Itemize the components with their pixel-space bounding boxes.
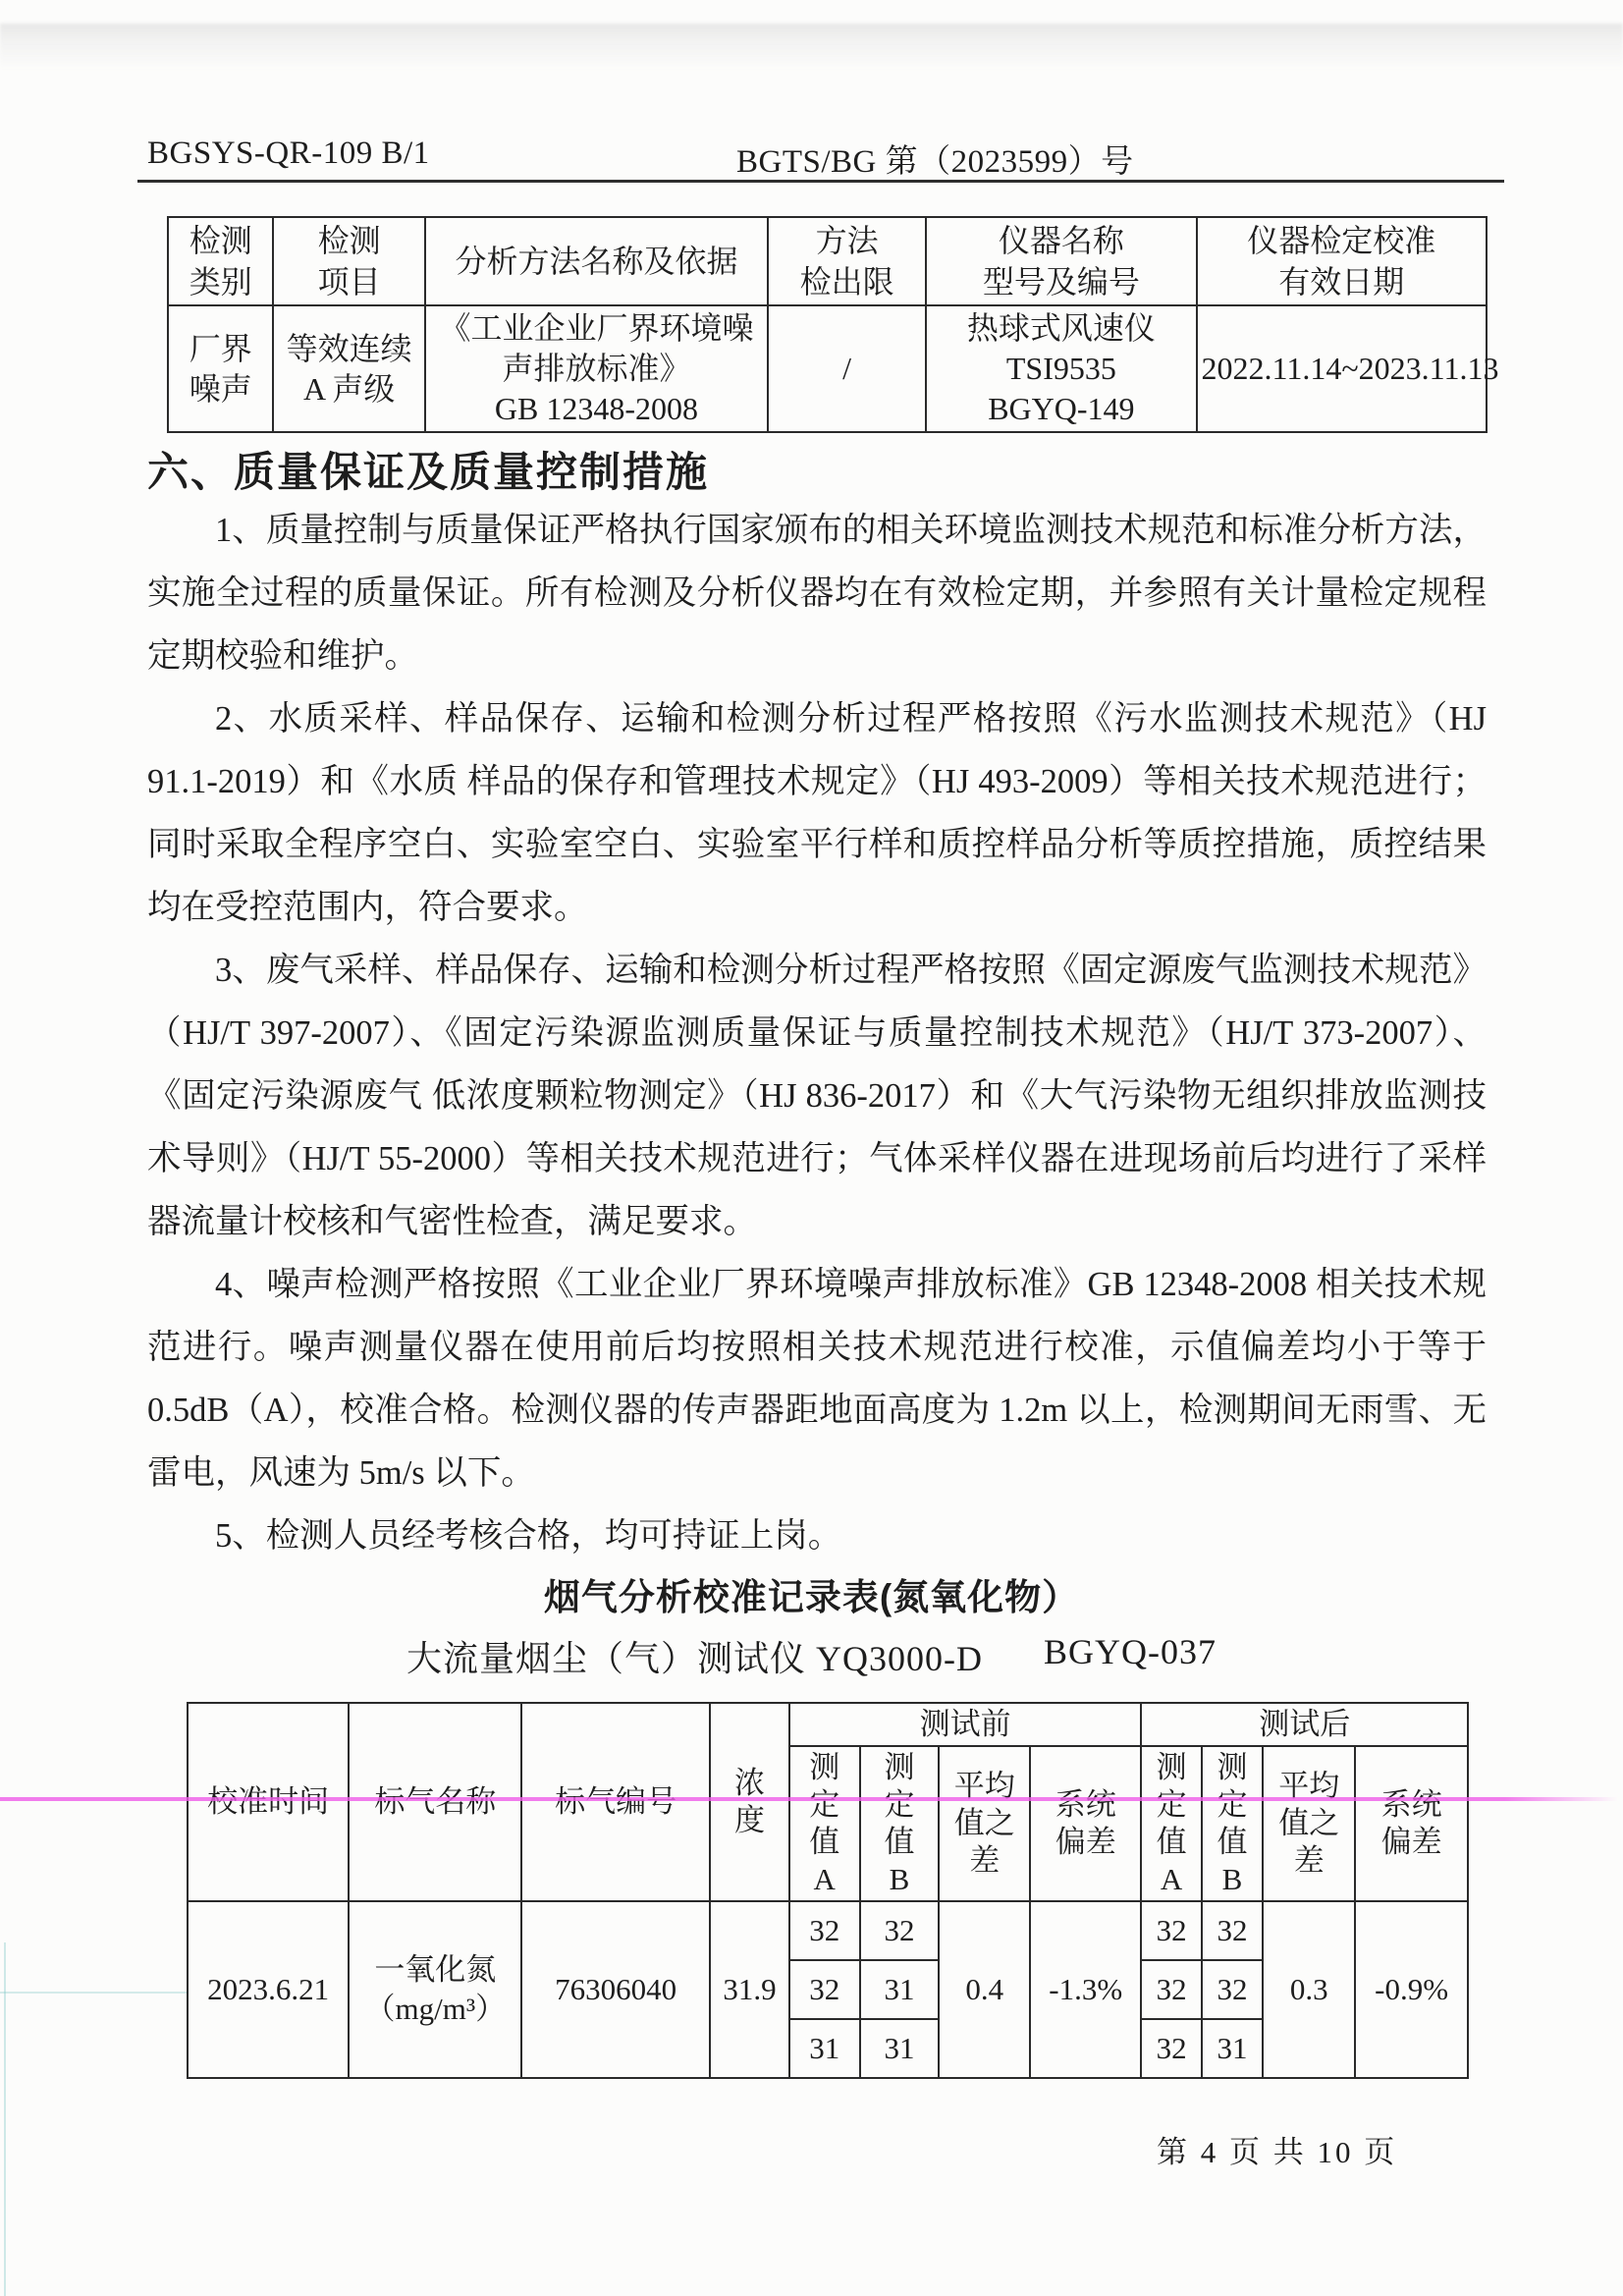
col-method: 分析方法名称及依据 [425, 217, 768, 305]
paragraph-2: 2、水质采样、样品保存、运输和检测分析过程严格按照《污水监测技术规范》（HJ 9… [147, 687, 1487, 939]
col-before-value-b: 测 定 值 B [860, 1746, 940, 1901]
section-body: 1、质量控制与质量保证严格执行国家颁布的相关环境监测技术规范和标准分析方法，实施… [147, 499, 1487, 1567]
cell-before-b-3: 31 [860, 2019, 940, 2078]
col-before-value-a: 测 定 值 A [789, 1746, 860, 1901]
cell-validity: 2022.11.14~2023.11.13 [1197, 305, 1487, 432]
cell-cal-time: 2023.6.21 [188, 1901, 349, 2078]
col-validity: 仪器检定校准 有效日期 [1197, 217, 1487, 305]
cell-before-a-3: 31 [789, 2019, 860, 2078]
doc-code: BGSYS-QR-109 B/1 [147, 136, 430, 171]
method-instrument-table: 检测 类别 检测 项目 分析方法名称及依据 方法 检出限 仪器名称 型号及编号 … [167, 216, 1488, 433]
table-row: 厂界 噪声 等效连续 A 声级 《工业企业厂界环境噪 声排放标准》 GB 123… [168, 305, 1487, 432]
paragraph-1: 1、质量控制与质量保证严格执行国家颁布的相关环境监测技术规范和标准分析方法，实施… [147, 499, 1487, 687]
col-after-sys-dev: 系统 偏差 [1355, 1746, 1468, 1901]
cell-before-a-2: 32 [789, 1960, 860, 2019]
cell-before-b-2: 31 [860, 1960, 940, 2019]
col-before-avg-diff: 平均 值之 差 [939, 1746, 1030, 1901]
cell-instrument: 热球式风速仪 TSI9535 BGYQ-149 [926, 305, 1196, 432]
col-category: 检测 类别 [168, 217, 273, 305]
col-instrument: 仪器名称 型号及编号 [926, 217, 1196, 305]
col-concentration: 浓 度 [710, 1703, 789, 1901]
header-divider-rule [137, 180, 1504, 183]
scan-artifact-cyan-horizontal [0, 1992, 187, 1994]
cell-before-sys-dev: -1.3% [1030, 1901, 1141, 2078]
calibration-instrument-code: BGYQ-037 [1044, 1631, 1217, 1681]
cell-after-b-2: 32 [1202, 1960, 1264, 2019]
cell-after-avg-diff: 0.3 [1263, 1901, 1355, 2078]
table-row: 2023.6.21 一氧化氮 （mg/m³） 76306040 31.9 32 … [188, 1901, 1468, 1960]
cell-after-b-1: 32 [1202, 1901, 1264, 1960]
scan-artifact-top-band [0, 24, 1623, 69]
col-gas-name: 标气名称 [349, 1703, 521, 1901]
col-item: 检测 项目 [273, 217, 424, 305]
section-heading: 六、质量保证及质量控制措施 [147, 440, 709, 499]
cell-category: 厂界 噪声 [168, 305, 273, 432]
document-header: BGSYS-QR-109 B/1 BGTS/BG 第（2023599）号 [147, 136, 1502, 172]
cell-before-avg-diff: 0.4 [939, 1901, 1030, 2078]
col-group-before: 测试前 [789, 1703, 1142, 1746]
col-after-value-a: 测 定 值 A [1141, 1746, 1201, 1901]
cell-detection-limit: / [768, 305, 926, 432]
cell-before-a-1: 32 [789, 1901, 860, 1960]
cell-before-b-1: 32 [860, 1901, 940, 1960]
cell-after-a-1: 32 [1141, 1901, 1201, 1960]
page-number: 第 4 页 共 10 页 [1157, 2127, 1397, 2171]
cell-after-sys-dev: -0.9% [1355, 1901, 1468, 2078]
calibration-table-subtitle: 大流量烟尘（气）测试仪 YQ3000-D BGYQ-037 [0, 1631, 1623, 1681]
col-detection-limit: 方法 检出限 [768, 217, 926, 305]
cell-after-b-3: 31 [1202, 2019, 1264, 2078]
calibration-table-title: 烟气分析校准记录表(氮氧化物） [0, 1567, 1623, 1620]
col-cal-time: 校准时间 [188, 1703, 349, 1901]
paragraph-5: 5、检测人员经考核合格，均可持证上岗。 [147, 1504, 1487, 1567]
cell-method: 《工业企业厂界环境噪 声排放标准》 GB 12348-2008 [425, 305, 768, 432]
paragraph-4: 4、噪声检测严格按照《工业企业厂界环境噪声排放标准》GB 12348-2008 … [147, 1253, 1487, 1504]
cell-gas-code: 76306040 [521, 1901, 710, 2078]
cell-gas-name: 一氧化氮 （mg/m³） [349, 1901, 521, 2078]
cell-after-a-3: 32 [1141, 2019, 1201, 2078]
calibration-record-table: 校准时间 标气名称 标气编号 浓 度 测试前 测试后 测 定 值 A 测 定 值… [187, 1702, 1469, 2079]
cell-item: 等效连续 A 声级 [273, 305, 424, 432]
col-group-after: 测试后 [1141, 1703, 1468, 1746]
paragraph-3: 3、废气采样、样品保存、运输和检测分析过程严格按照《固定源废气监测技术规范》（H… [147, 939, 1487, 1253]
cell-concentration: 31.9 [710, 1901, 789, 2078]
report-number: BGTS/BG 第（2023599）号 [736, 136, 1134, 182]
col-after-avg-diff: 平均 值之 差 [1263, 1746, 1355, 1901]
col-gas-code: 标气编号 [521, 1703, 710, 1901]
calibration-instrument: 大流量烟尘（气）测试仪 YQ3000-D [406, 1631, 983, 1681]
scan-artifact-pink-line [0, 1797, 1618, 1801]
scan-artifact-cyan-vertical [4, 1942, 6, 2296]
cell-after-a-2: 32 [1141, 1960, 1201, 2019]
col-after-value-b: 测 定 值 B [1202, 1746, 1264, 1901]
col-before-sys-dev: 系统 偏差 [1030, 1746, 1141, 1901]
